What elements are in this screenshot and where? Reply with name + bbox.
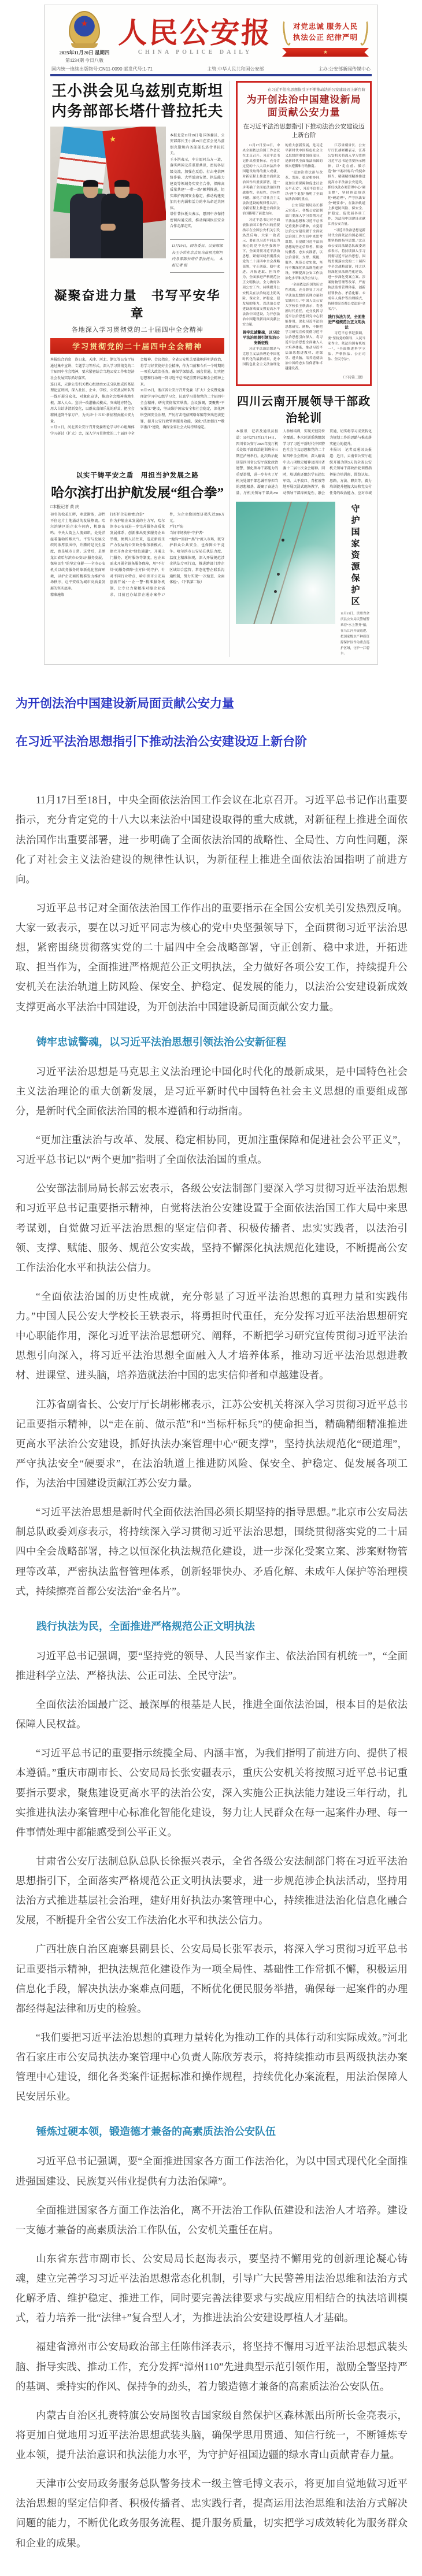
plenum-banner: 学习贯彻党的二十届四中全会精神 xyxy=(50,338,224,354)
article-paragraphs: 11月17日至18日，中央全面依法治国工作会议在北京召开。习近平总书记作出重要指… xyxy=(16,790,408,2552)
harbin-article: 以实干铸平安之盾 用担当护发展之路 哈尔滨打出护航发展“组合拳” □本报记者 黄… xyxy=(50,470,224,609)
harbin-article-text: 初冬的松花江畔，寒意渐浓，却挡不住这片土地涌动的发展热流。哈尔滨辖区的企业车间内… xyxy=(50,512,224,609)
harbin-headline: 哈尔滨打出护航发展“组合拳” xyxy=(50,482,224,501)
masthead-divider xyxy=(50,74,372,76)
article-body-section: 为开创法治中国建设新局面贡献公安力量 在习近平法治思想指引下推动法治公安建设迈上… xyxy=(16,695,408,2552)
article-section-heading: 锤炼过硬本领，锻造德才兼备的高素质法治公安队伍 xyxy=(16,2123,408,2138)
masthead-title-block: 人民公安报 CHINA POLICE DAILY xyxy=(119,18,272,56)
photo-story-title: 守护国家资源保护区 xyxy=(349,504,361,608)
badge-star-icon: ★ xyxy=(80,18,88,29)
boxed-article-title: 为开创法治中国建设新局面贡献公安力量 xyxy=(242,94,365,119)
supervisor-line: 主管:中华人民共和国公安部 xyxy=(207,66,264,72)
boxed-article-columns: 11月17日至18日，中央全面依法治国工作会议在北京召开。习近平总书记作出重要指… xyxy=(242,143,365,373)
rally-subtitle: 各地深入学习贯彻党的二十届四中全会精神 xyxy=(50,325,224,334)
article-paragraph: 山东省东营市副市长、公安局局长赵海表示，要坚持不懈用党的创新理论凝心铸魂，建立完… xyxy=(16,2249,408,2328)
badge-wreath xyxy=(71,43,98,48)
river-patrol-photo xyxy=(236,502,335,624)
lead-headline-line2: 内务部部长塔什普拉托夫 xyxy=(51,103,223,120)
masthead: ★ 2025年11月20日 星期四 第1234期 今日八版 人民公安报 CHIN… xyxy=(50,10,372,64)
article-paragraph: 习近平总书记对全面依法治国工作作出的重要指示在全国公安机关引发热烈反响。大家一致… xyxy=(16,898,408,1017)
front-left-column: 王小洪会见乌兹别克斯坦 内务部部长塔什普拉托夫 ★ 本报北京11月19日电 国务… xyxy=(50,81,230,657)
red-ribbon-icon: ★ xyxy=(282,48,369,57)
police-badge-emblem: ★ xyxy=(69,11,100,47)
boxed-article-kicker: 在习近平法治思想指引下不断推动法治公安建设迈上新台阶 xyxy=(242,87,365,92)
lead-article-body: 本报北京11月19日电 国务委员、公安部部长王小洪19日在京会见乌兹别克斯坦内务… xyxy=(170,133,224,230)
laurel-right-icon xyxy=(358,18,369,46)
laurel-left-icon xyxy=(282,18,293,46)
article-paragraph: 习近平法治思想是马克思主义法治理论中国化时代化的最新成果，是中国特色社会主义法治… xyxy=(16,1062,408,1121)
boxed-article-paragraph: 江苏省副省长、公安厅厅长胡彬郴表示，江苏公安机关将深入学习贯彻习近平总书记重要指… xyxy=(328,143,365,227)
police-motto: 对党忠诚 服务人民 执法公正 纪律严明 xyxy=(293,21,358,43)
issue-date: 2025年11月20日 星期四 xyxy=(50,49,119,56)
article-paragraph: “我们要把习近平法治思想的真理力量转化为推动工作的具体行动和实际成效。”河北省石… xyxy=(16,2028,408,2107)
lead-headline: 王小洪会见乌兹别克斯坦 内务部部长塔什普拉托夫 xyxy=(50,81,224,121)
photo-story-strip: 守护国家资源保护区 11月19日，贵州省余庆县公安局民警辅警乘着“水上警务”船，… xyxy=(338,502,372,657)
masthead-info-row: 国内统一连续出版物号:CN11-0090 邮发代号:1-71 主管:中华人民共和… xyxy=(51,66,371,72)
newspaper-title-english: CHINA POLICE DAILY xyxy=(119,49,272,55)
article-paragraph: “习近平总书记的重要指示统揽全局、内涵丰富，为我们指明了前进方向、提供了根本遵循… xyxy=(16,1743,408,1842)
article-paragraph: 甘肃省公安厅法制总队总队长徐振兴表示，全省各级公安法制部门将在习近平法治思想指引… xyxy=(16,1851,408,1930)
issue-number: 第1234期 今日八版 xyxy=(50,57,119,64)
boxed-article-subheading: 践行执法为民，全面推进严格规范公正文明执法 xyxy=(328,314,365,329)
front-right-column: 在习近平法治思想指引下不断推动法治公安建设迈上新台阶 为开创法治中国建设新局面贡… xyxy=(236,81,372,657)
motto-line-2: 执法公正 纪律严明 xyxy=(293,34,358,42)
newspaper-front-page-scan: ★ 2025年11月20日 星期四 第1234期 今日八版 人民公安报 CHIN… xyxy=(44,5,378,665)
article-paragraph: 公安部法制局局长郝云宏表示，各级公安法制部门要深入学习贯彻习近平法治思想和习近平… xyxy=(16,1178,408,1277)
harbin-byline: □本报记者 黄 庆 xyxy=(50,504,224,510)
article-title-link-1[interactable]: 为开创法治中国建设新局面贡献公安力量 xyxy=(16,695,408,713)
rally-article-text: 本报综合消息 连日来，天津、河北、浙江等公安厅局通过集中宣讲、专题学习等形式，深… xyxy=(50,357,224,465)
publication-number: 国内统一连续出版物号:CN11-0090 邮发代号:1-71 xyxy=(51,66,153,72)
continued-note: （下转第二版） xyxy=(242,375,365,380)
handshake xyxy=(101,224,116,231)
boxed-article-paragraph: 习近平总书记强调，要“坚持党的领导、人民当家作主、依法治国有机统一”，“全面推进… xyxy=(328,331,365,362)
boxed-article-paragraph: “更加注重法治与改革、发展、稳定相协同，更加注重保障和促进社会公平正义”，习近平… xyxy=(285,171,323,202)
boxed-article-subtitle: 在习近平法治思想指引下推动法治公安建设迈上新台阶 xyxy=(242,122,365,139)
article-paragraph: 习近平总书记强调，要“坚持党的领导、人民当家作主、依法治国有机统一”，“全面推进… xyxy=(16,1646,408,1685)
article-paragraph: 广西壮族自治区鹿寨县副县长、公安局局长张军表示，将深入学习贯彻习近平总书记重要指… xyxy=(16,1939,408,2018)
training-headline: 四川云南开展领导干部政治轮训 xyxy=(236,392,372,425)
boxed-article-paragraph: “全面依法治国的历史性成就，充分彰显了习近平法治思想的真理力量和实践伟力。”中国… xyxy=(285,283,323,372)
boxed-lead-commentary: 在习近平法治思想指引下不断推动法治公安建设迈上新台阶 为开创法治中国建设新局面贡… xyxy=(236,81,372,386)
article-paragraph: “习近平法治思想是新时代全面依法治国必须长期坚持的指导思想。”北京市公安局法制总… xyxy=(16,1502,408,1601)
lead-headline-line1: 王小洪会见乌兹别克斯坦 xyxy=(51,83,223,99)
article-paragraph: 全面推进国家各方面工作法治化，离不开法治工作队伍建设和法治人才培养。建设一支德才… xyxy=(16,2200,408,2240)
article-paragraph: 全面依法治国最广泛、最深厚的根基是人民，推进全面依法治国，根本目的是依法保障人民… xyxy=(16,1695,408,1734)
training-article-text: 本报讯 记者及通讯员报道：10月27日至11月14日，四川省公安厅2025年度厅… xyxy=(236,429,372,497)
article-paragraph: “全面依法治国的历史性成就，充分彰显了习近平法治思想的真理力量和实践伟力。”中国… xyxy=(16,1287,408,1385)
boxed-article-paragraph: 公安部法制局局长郝云宏表示，各级公安法制部门要深入学习贯彻习近平法治思想和习近平… xyxy=(285,203,323,282)
meeting-photo: ★ xyxy=(50,127,166,258)
boxed-article-subheading: 铸牢忠诚警魂，以习近平法治思想引领法治公安新征程 xyxy=(242,329,280,345)
masthead-slogan-block: 对党忠诚 服务人民 执法公正 纪律严明 ★ xyxy=(272,17,379,57)
official-head-left xyxy=(83,181,98,198)
boxed-article-paragraph: “习近平法治思想是新时代全面依法治国必须长期坚持的指导思想。”北京市公安局法制总… xyxy=(328,228,365,312)
official-head-right xyxy=(114,181,129,198)
article-paragraph: “更加注重法治与改革、发展、稳定相协同，更加注重保障和促进社会公平正义”，习近平… xyxy=(16,1130,408,1169)
boxed-article-paragraph: 习近平总书记对全面依法治国工作作出的重要指示在全国公安机关引发热烈反响。大家一致… xyxy=(242,218,280,328)
organizer-line: 主办:公安部新闻传媒中心 xyxy=(319,66,371,72)
article-paragraph: 江苏省副省长、公安厅厅长胡彬郴表示，江苏公安机关将深入学习贯彻习近平总书记重要指… xyxy=(16,1395,408,1493)
lead-article-text: 本报北京11月19日电 国务委员、公安部部长王小洪19日在京会见乌兹别克斯坦内务… xyxy=(170,127,224,279)
article-paragraph: 11月17日至18日，中央全面依法治国工作会议在北京召开。习近平总书记作出重要指… xyxy=(16,790,408,889)
article-title-link-2[interactable]: 在习近平法治思想指引下推动法治公安建设迈上新台阶 xyxy=(16,733,408,751)
article-paragraph: 福建省漳州市公安局政治部主任陈伟泽表示，将坚持不懈用习近平法治思想武装头脑、指导… xyxy=(16,2337,408,2396)
article-paragraph: 内蒙古自治区扎赉特旗公安局图牧吉国家级自然保护区森林派出所所长金亮表示，将更加自… xyxy=(16,2405,408,2464)
newspaper-title: 人民公安报 xyxy=(118,18,273,49)
boxed-article-paragraph: 11月17日至18日，中央全面依法治国工作会议在北京召开。习近平总书记作出重要指… xyxy=(242,143,280,217)
harbin-kicker: 以实干铸平安之盾 用担当护发展之路 xyxy=(50,470,224,480)
photo-story-caption: 11月19日，贵州省余庆县公安局民警辅警乘着“水上警务”船，在乌江河开展巡逻，把… xyxy=(338,611,372,657)
photo-caption: 11月19日，国务委员、公安部部长王小洪在京会见乌兹别克斯坦内务部部长塔什普拉托… xyxy=(170,239,224,272)
water-mist xyxy=(273,544,335,624)
masthead-left: ★ 2025年11月20日 星期四 第1234期 今日八版 xyxy=(50,10,119,64)
motto-line-1: 对党忠诚 服务人民 xyxy=(293,23,358,31)
article-section-heading: 铸牢忠诚警魂，以习近平法治思想引领法治公安新征程 xyxy=(16,1034,408,1049)
article-section-heading: 践行执法为民，全面推进严格规范公正文明执法 xyxy=(16,1618,408,1633)
article-paragraph: 天津市公安局政务服务总队警务技术一级主管毛博文表示，将更加自觉地做习近平法治思想… xyxy=(16,2474,408,2553)
rally-headline: 凝聚奋进力量 书写平安华章 xyxy=(50,286,224,322)
article-paragraph: 习近平总书记强调，要“全面推进国家各方面工作法治化，为以中国式现代化全面推进强国… xyxy=(16,2151,408,2190)
